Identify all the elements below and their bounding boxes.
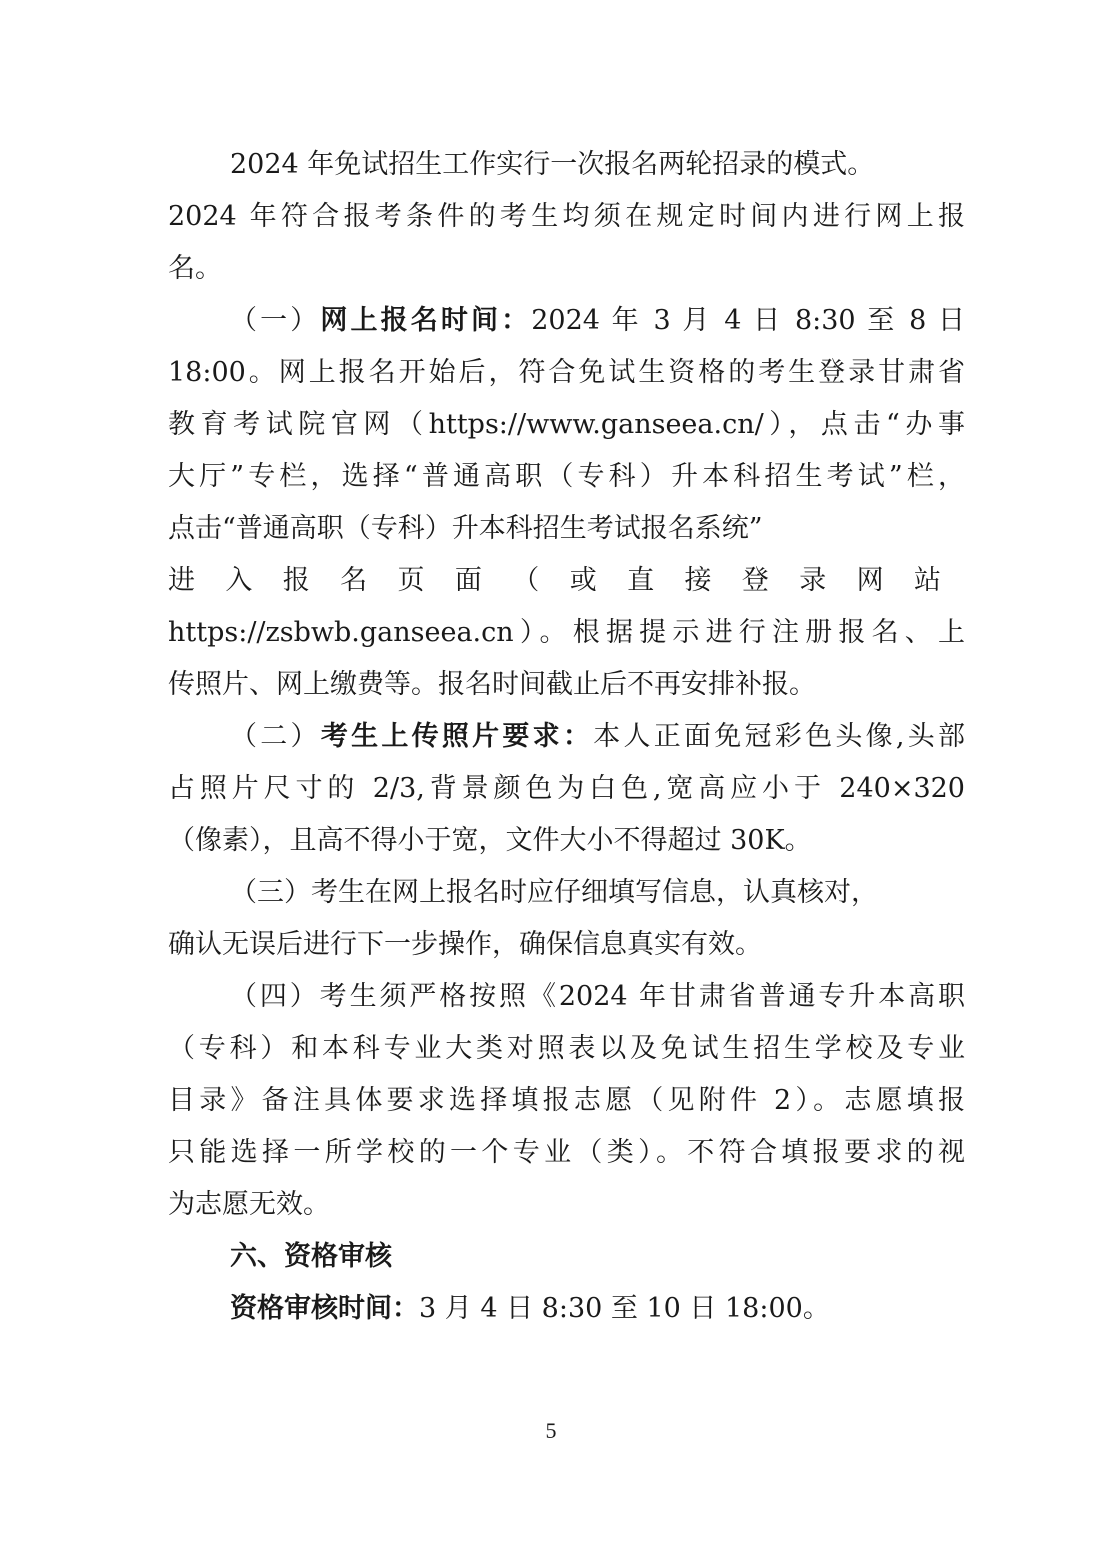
item-4-line-1: （四）考生须严格按照《2024 年甘肃省普通专升本高职 [230, 971, 965, 1023]
item-1-line-4: 大厅”专栏，选择“普通高职（专科）升本科招生考试”栏， [168, 451, 965, 503]
item-1-label: （一） [230, 305, 320, 336]
item-1-line-3: 教育考试院官网（https://www.ganseea.cn/），点击“办事 [168, 399, 965, 451]
intro-line-1: 2024 年免试招生工作实行一次报名两轮招录的模式。 [230, 139, 965, 191]
item-1-line-2: 18:00。网上报名开始后，符合免试生资格的考生登录甘肃省 [168, 347, 965, 399]
review-time-title: 资格审核时间： [230, 1293, 419, 1324]
item-2-label: （二） [230, 721, 321, 752]
item-2-line-2: 占照片尺寸的 2/3,背景颜色为白色,宽高应小于 240×320 [168, 763, 965, 815]
item-1-line-6: 进入报名页面（或直接登录网站 [168, 555, 965, 607]
item-2-first-line-text: 本人正面免冠彩色头像,头部 [593, 721, 965, 752]
intro-line-3: 名。 [168, 243, 965, 295]
item-1-line-7-url: https://zsbwb.ganseea.cn）。根据提示进行注册报名、上 [168, 607, 965, 659]
item-4-line-4: 只能选择一所学校的一个专业（类）。不符合填报要求的视 [168, 1127, 965, 1179]
item-4-line-2: （专科）和本科专业大类对照表以及免试生招生学校及专业 [168, 1023, 965, 1075]
page-number: 5 [0, 1416, 1102, 1446]
item-4-line-5: 为志愿无效。 [168, 1179, 965, 1231]
item-1-first-line: （一）网上报名时间：2024 年 3 月 4 日 8:30 至 8 日 [230, 295, 965, 347]
item-2-first-line: （二）考生上传照片要求：本人正面免冠彩色头像,头部 [230, 711, 965, 763]
item-2-title: 考生上传照片要求： [321, 721, 593, 752]
item-3-line-1: （三）考生在网上报名时应仔细填写信息，认真核对， [230, 867, 965, 919]
item-1-first-line-text: 2024 年 3 月 4 日 8:30 至 8 日 [531, 305, 965, 336]
section-heading: 六、资格审核 [230, 1231, 965, 1283]
review-time-text: 3 月 4 日 8:30 至 10 日 18:00。 [419, 1293, 830, 1324]
item-1-line-8: 传照片、网上缴费等。报名时间截止后不再安排补报。 [168, 659, 965, 711]
intro-line-2: 2024 年符合报考条件的考生均须在规定时间内进行网上报 [168, 191, 965, 243]
item-2-line-3: （像素），且高不得小于宽，文件大小不得超过 30K。 [168, 815, 965, 867]
item-1-title: 网上报名时间： [320, 305, 531, 336]
item-4-line-3: 目录》备注具体要求选择填报志愿（见附件 2）。志愿填报 [168, 1075, 965, 1127]
document-page: 2024 年免试招生工作实行一次报名两轮招录的模式。 2024 年符合报考条件的… [0, 0, 1102, 1559]
item-3-line-2: 确认无误后进行下一步操作，确保信息真实有效。 [168, 919, 965, 971]
item-1-line-5: 点击“普通高职（专科）升本科招生考试报名系统” [168, 503, 965, 555]
review-time-line: 资格审核时间：3 月 4 日 8:30 至 10 日 18:00。 [230, 1283, 965, 1335]
